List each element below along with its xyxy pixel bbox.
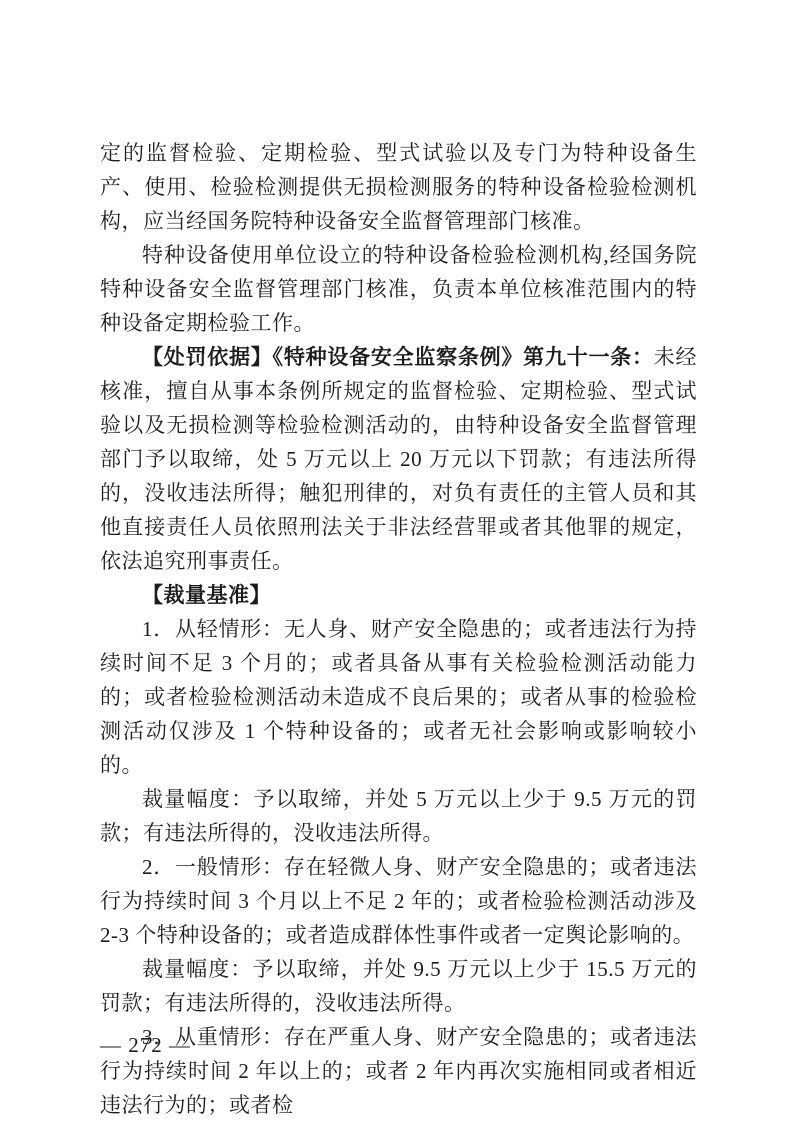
paragraph-text: 裁量幅度：予以取缔，并处 5 万元以上少于 9.5 万元的罚款；有违法所得的，没… bbox=[100, 787, 697, 845]
paragraph-discretion-range-1: 裁量幅度：予以取缔，并处 5 万元以上少于 9.5 万元的罚款；有违法所得的，没… bbox=[100, 782, 697, 850]
paragraph-lenient-circumstance: 1．从轻情形：无人身、财产安全隐患的；或者违法行为持续时间不足 3 个月的；或者… bbox=[100, 612, 697, 782]
paragraph-continuation: 定的监督检验、定期检验、型式试验以及专门为特种设备生产、使用、检验检测提供无损检… bbox=[100, 136, 697, 238]
paragraph-text: 特种设备使用单位设立的特种设备检验检测机构,经国务院特种设备安全监督管理部门核准… bbox=[100, 243, 697, 335]
paragraph-discretion-range-2: 裁量幅度：予以取缔，并处 9.5 万元以上少于 15.5 万元的罚款；有违法所得… bbox=[100, 952, 697, 1020]
penalty-basis-label: 【处罚依据】《特种设备安全监察条例》第九十一条： bbox=[142, 345, 654, 369]
paragraph-text: 裁量幅度：予以取缔，并处 9.5 万元以上少于 15.5 万元的罚款；有违法所得… bbox=[100, 957, 697, 1015]
paragraph-text: 1．从轻情形：无人身、财产安全隐患的；或者违法行为持续时间不足 3 个月的；或者… bbox=[100, 617, 697, 777]
page-number: — 272 — bbox=[100, 1030, 191, 1060]
heading-discretion-benchmark: 【裁量基准】 bbox=[100, 578, 697, 612]
paragraph-text: 定的监督检验、定期检验、型式试验以及专门为特种设备生产、使用、检验检测提供无损检… bbox=[100, 141, 697, 233]
paragraph-general-circumstance: 2．一般情形：存在轻微人身、财产安全隐患的；或者违法行为持续时间 3 个月以上不… bbox=[100, 850, 697, 952]
discretion-benchmark-label: 【裁量基准】 bbox=[142, 583, 271, 607]
paragraph-text: 2．一般情形：存在轻微人身、财产安全隐患的；或者违法行为持续时间 3 个月以上不… bbox=[100, 855, 697, 947]
penalty-basis-text: 未经核准，擅自从事本条例所规定的监督检验、定期检验、型式试验以及无损检测等检验检… bbox=[100, 345, 697, 573]
paragraph-penalty-basis: 【处罚依据】《特种设备安全监察条例》第九十一条：未经核准，擅自从事本条例所规定的… bbox=[100, 340, 697, 578]
paragraph-use-unit: 特种设备使用单位设立的特种设备检验检测机构,经国务院特种设备安全监督管理部门核准… bbox=[100, 238, 697, 340]
document-page: 定的监督检验、定期检验、型式试验以及专门为特种设备生产、使用、检验检测提供无损检… bbox=[0, 0, 793, 1122]
document-body: 定的监督检验、定期检验、型式试验以及专门为特种设备生产、使用、检验检测提供无损检… bbox=[100, 136, 697, 1122]
